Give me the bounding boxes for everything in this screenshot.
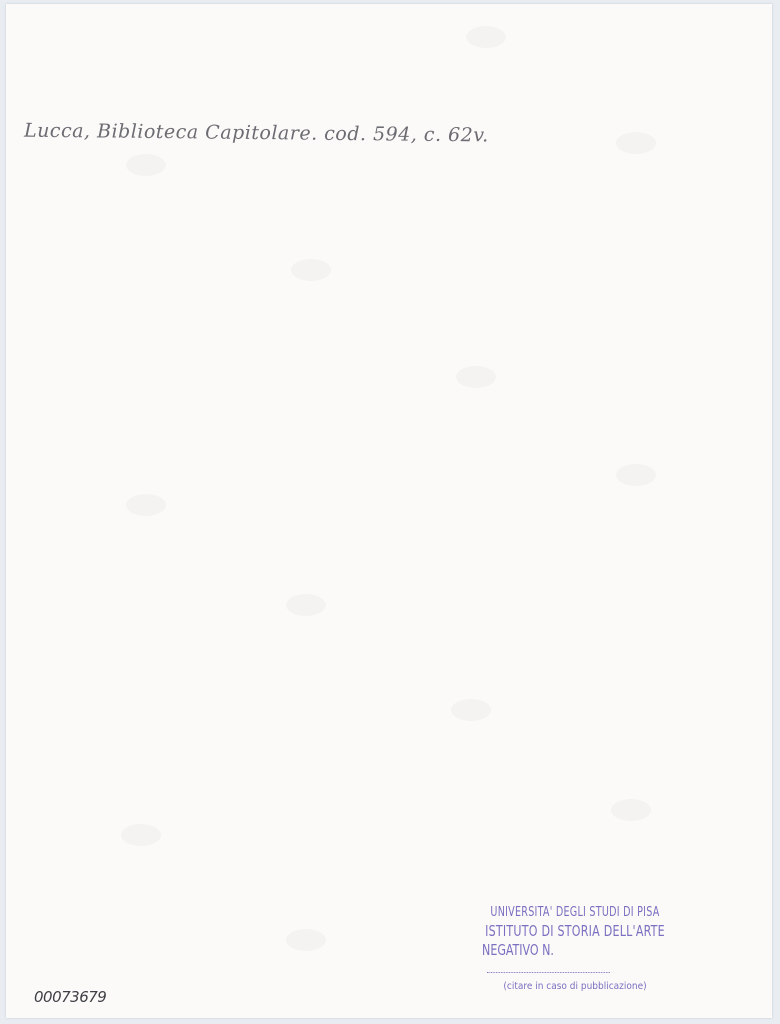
institute-stamp: UNIVERSITA' DEGLI STUDI DI PISA ISTITUTO… <box>455 905 695 992</box>
photo-back-sheet <box>6 4 772 1018</box>
inventory-number: 00073679 <box>34 988 106 1006</box>
watermark-smudge <box>451 699 491 721</box>
negative-blank-line <box>487 972 610 973</box>
watermark-smudge <box>466 26 506 48</box>
watermark-smudge <box>291 259 331 281</box>
watermark-smudge <box>126 494 166 516</box>
watermark-smudge <box>456 366 496 388</box>
watermark-smudge <box>121 824 161 846</box>
watermark-smudge <box>126 154 166 176</box>
stamp-institute: ISTITUTO DI STORIA DELL'ARTE <box>477 922 674 940</box>
watermark-smudge <box>611 799 651 821</box>
watermark-smudge <box>286 929 326 951</box>
negative-label: NEGATIVO N. <box>482 941 554 959</box>
watermark-smudge <box>286 594 326 616</box>
watermark-smudge <box>616 132 656 154</box>
watermark-smudge <box>616 464 656 486</box>
stamp-university: UNIVERSITA' DEGLI STUDI DI PISA <box>477 905 674 920</box>
stamp-citation-note: (citare in caso di pubblicazione) <box>455 981 695 992</box>
stamp-negative-number: NEGATIVO N. <box>482 941 674 977</box>
